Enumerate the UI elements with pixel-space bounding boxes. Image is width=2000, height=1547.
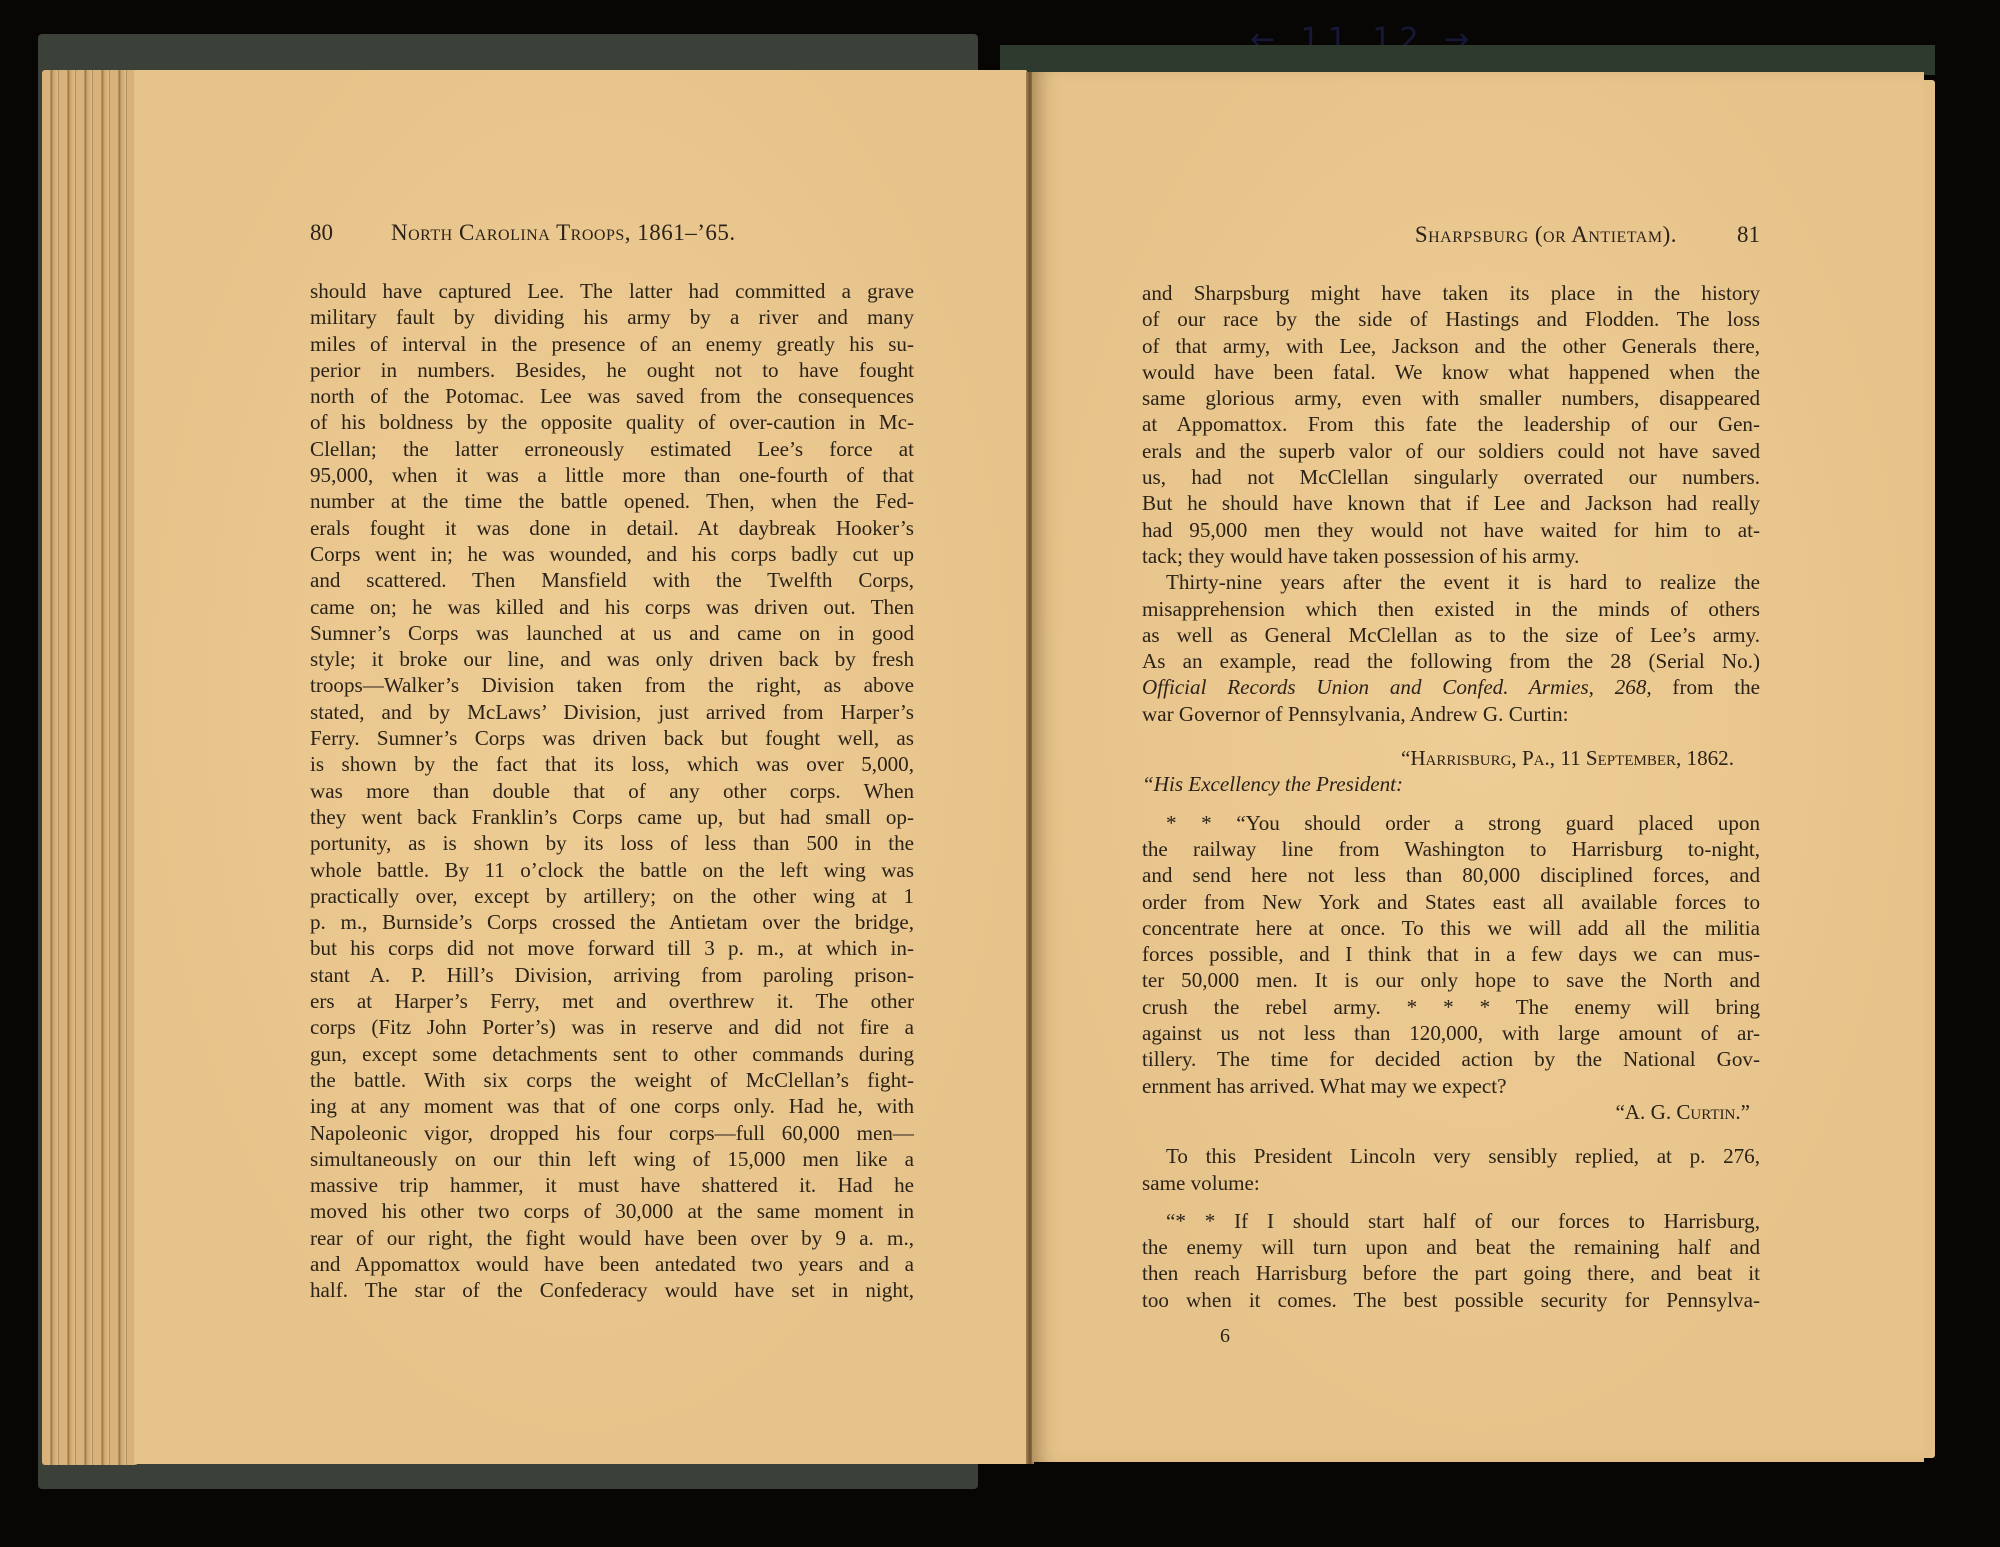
- text-line: erals and the superb valor of our soldie…: [1142, 438, 1760, 464]
- text-line: they went back Franklin’s Corps came up,…: [310, 804, 914, 830]
- text-line: misapprehension which then existed in th…: [1142, 596, 1760, 622]
- text-line: Ferry. Sumner’s Corps was driven back bu…: [310, 725, 914, 751]
- text-line: forces possible, and I think that in a f…: [1142, 941, 1760, 967]
- text-line: concentrate here at once. To this we wil…: [1142, 915, 1760, 941]
- text-line: troops—Walker’s Division taken from the …: [310, 672, 914, 698]
- text-line: Napoleonic vigor, dropped his four corps…: [310, 1120, 914, 1146]
- paragraph: To this President Lincoln very sensibly …: [1142, 1143, 1760, 1196]
- text-line: military fault by dividing his army by a…: [310, 304, 914, 330]
- text-line: number at the time the battle opened. Th…: [310, 488, 914, 514]
- right-running-head: Sharpsburg (or Antietam). 81: [1142, 222, 1760, 252]
- letter-body: * * “You should order a strong guard pla…: [1142, 810, 1760, 1099]
- text-line: Thirty-nine years after the event it is …: [1142, 569, 1760, 595]
- text-line: at Appomattox. From this fate the leader…: [1142, 411, 1760, 437]
- book-cover-top-edge: [1000, 45, 1935, 75]
- text-line: style; it broke our line, and was only d…: [310, 646, 914, 672]
- text-line: and Sharpsburg might have taken its plac…: [1142, 280, 1760, 306]
- text-line: same glorious army, even with smaller nu…: [1142, 385, 1760, 411]
- text-line: stant A. P. Hill’s Division, arriving fr…: [310, 962, 914, 988]
- text-line: same volume:: [1142, 1170, 1760, 1196]
- text-line: the railway line from Washington to Harr…: [1142, 836, 1760, 862]
- text-line: rear of our right, the fight would have …: [310, 1225, 914, 1251]
- letter-salutation: “His Excellency the President:: [1142, 771, 1760, 797]
- right-page-content: Sharpsburg (or Antietam). 81 and Sharpsb…: [1142, 222, 1760, 1348]
- text-line: ernment has arrived. What may we expect?: [1142, 1073, 1760, 1099]
- text-line: of that army, with Lee, Jackson and the …: [1142, 333, 1760, 359]
- running-head-title: North Carolina Troops, 1861–’65.: [391, 220, 736, 246]
- right-body-text: and Sharpsburg might have taken its plac…: [1142, 280, 1760, 1313]
- text-line: 95,000, when it was a little more than o…: [310, 462, 914, 488]
- text-line: corps (Fitz John Porter’s) was in reserv…: [310, 1014, 914, 1040]
- text-line: miles of interval in the presence of an …: [310, 331, 914, 357]
- text-line: half. The star of the Confederacy would …: [310, 1277, 914, 1303]
- text-line: ing at any moment was that of one corps …: [310, 1093, 914, 1119]
- book-scan: ← 11 12 → 80 North Carolina Troops, 1861…: [0, 0, 2000, 1547]
- text-line: order from New York and States east all …: [1142, 889, 1760, 915]
- text-line: tack; they would have taken possession o…: [1142, 543, 1760, 569]
- text-line: then reach Harrisburg before the part go…: [1142, 1260, 1760, 1286]
- text-line: gun, except some detachments sent to oth…: [310, 1041, 914, 1067]
- text-line: ers at Harper’s Ferry, met and overthrew…: [310, 988, 914, 1014]
- text-line: of our race by the side of Hastings and …: [1142, 306, 1760, 332]
- text-line: crush the rebel army. * * * The enemy wi…: [1142, 994, 1760, 1020]
- running-head-title: Sharpsburg (or Antietam).: [1415, 222, 1677, 248]
- text-line: massive trip hammer, it must have shatte…: [310, 1172, 914, 1198]
- text-line: As an example, read the following from t…: [1142, 648, 1760, 674]
- letter-dateline: “Harrisburg, Pa., 11 September, 1862.: [1142, 745, 1760, 771]
- page-number: 80: [310, 220, 333, 246]
- left-page: 80 North Carolina Troops, 1861–’65. shou…: [134, 70, 1027, 1464]
- text-line: To this President Lincoln very sensibly …: [1142, 1143, 1760, 1169]
- text-line: tillery. The time for decided action by …: [1142, 1046, 1760, 1072]
- text-line: came on; he was killed and his corps was…: [310, 594, 914, 620]
- text-line: whole battle. By 11 o’clock the battle o…: [310, 857, 914, 883]
- text-line: and Appomattox would have been antedated…: [310, 1251, 914, 1277]
- text-line: practically over, except by artillery; o…: [310, 883, 914, 909]
- text-line: had 95,000 men they would not have waite…: [1142, 517, 1760, 543]
- text-line: should have captured Lee. The latter had…: [310, 278, 914, 304]
- text-line: “* * If I should start half of our force…: [1142, 1208, 1760, 1234]
- text-line: against us not less than 120,000, with l…: [1142, 1020, 1760, 1046]
- text-line: But he should have known that if Lee and…: [1142, 490, 1760, 516]
- citation-title: Official Records Union and Confed. Armie…: [1142, 675, 1652, 699]
- text-line: the enemy will turn upon and beat the re…: [1142, 1234, 1760, 1260]
- text-line: ter 50,000 men. It is our only hope to s…: [1142, 967, 1760, 993]
- text-line: erals fought it was done in detail. At d…: [310, 515, 914, 541]
- text-line: and send here not less than 80,000 disci…: [1142, 862, 1760, 888]
- text-line: simultaneously on our thin left wing of …: [310, 1146, 914, 1172]
- text-line: war Governor of Pennsylvania, Andrew G. …: [1142, 701, 1760, 727]
- text-line: us, had not McClellan singularly overrat…: [1142, 464, 1760, 490]
- text-line: * * “You should order a strong guard pla…: [1142, 810, 1760, 836]
- text-line: but his corps did not move forward till …: [310, 935, 914, 961]
- text-line: north of the Potomac. Lee was saved from…: [310, 383, 914, 409]
- citation-rest: from the: [1652, 675, 1760, 699]
- left-page-content: 80 North Carolina Troops, 1861–’65. shou…: [310, 220, 914, 1304]
- signature-mark: 6: [1142, 1325, 1760, 1348]
- text-line: perior in numbers. Besides, he ought not…: [310, 357, 914, 383]
- text-line: the battle. With six corps the weight of…: [310, 1067, 914, 1093]
- text-line: and scattered. Then Mansfield with the T…: [310, 567, 914, 593]
- text-line: as well as General McClellan as to the s…: [1142, 622, 1760, 648]
- left-body-text: should have captured Lee. The latter had…: [310, 278, 914, 1304]
- text-line: moved his other two corps of 30,000 at t…: [310, 1198, 914, 1224]
- text-line: Sumner’s Corps was launched at us and ca…: [310, 620, 914, 646]
- left-running-head: 80 North Carolina Troops, 1861–’65.: [310, 220, 914, 250]
- paragraph: and Sharpsburg might have taken its plac…: [1142, 280, 1760, 569]
- text-line: Clellan; the latter erroneously estimate…: [310, 436, 914, 462]
- right-page: Sharpsburg (or Antietam). 81 and Sharpsb…: [1032, 72, 1924, 1462]
- text-line: stated, and by McLaws’ Division, just ar…: [310, 699, 914, 725]
- text-line: Corps went in; he was wounded, and his c…: [310, 541, 914, 567]
- text-line: p. m., Burnside’s Corps crossed the Anti…: [310, 909, 914, 935]
- text-line: portunity, as is shown by its loss of le…: [310, 830, 914, 856]
- citation-line: Official Records Union and Confed. Armie…: [1142, 674, 1760, 700]
- paragraph: Thirty-nine years after the event it is …: [1142, 569, 1760, 674]
- text-line: was more than double that of any other c…: [310, 778, 914, 804]
- letter-signature: “A. G. Curtin.”: [1142, 1099, 1760, 1125]
- text-line: of his boldness by the opposite quality …: [310, 409, 914, 435]
- page-number: 81: [1737, 222, 1760, 248]
- page-stack-edges: [42, 70, 137, 1465]
- salutation-text: “His Excellency the President:: [1142, 772, 1403, 796]
- text-line: is shown by the fact that its loss, whic…: [310, 751, 914, 777]
- lincoln-reply: “* * If I should start half of our force…: [1142, 1208, 1760, 1313]
- text-line: too when it comes. The best possible sec…: [1142, 1287, 1760, 1313]
- text-line: would have been fatal. We know what happ…: [1142, 359, 1760, 385]
